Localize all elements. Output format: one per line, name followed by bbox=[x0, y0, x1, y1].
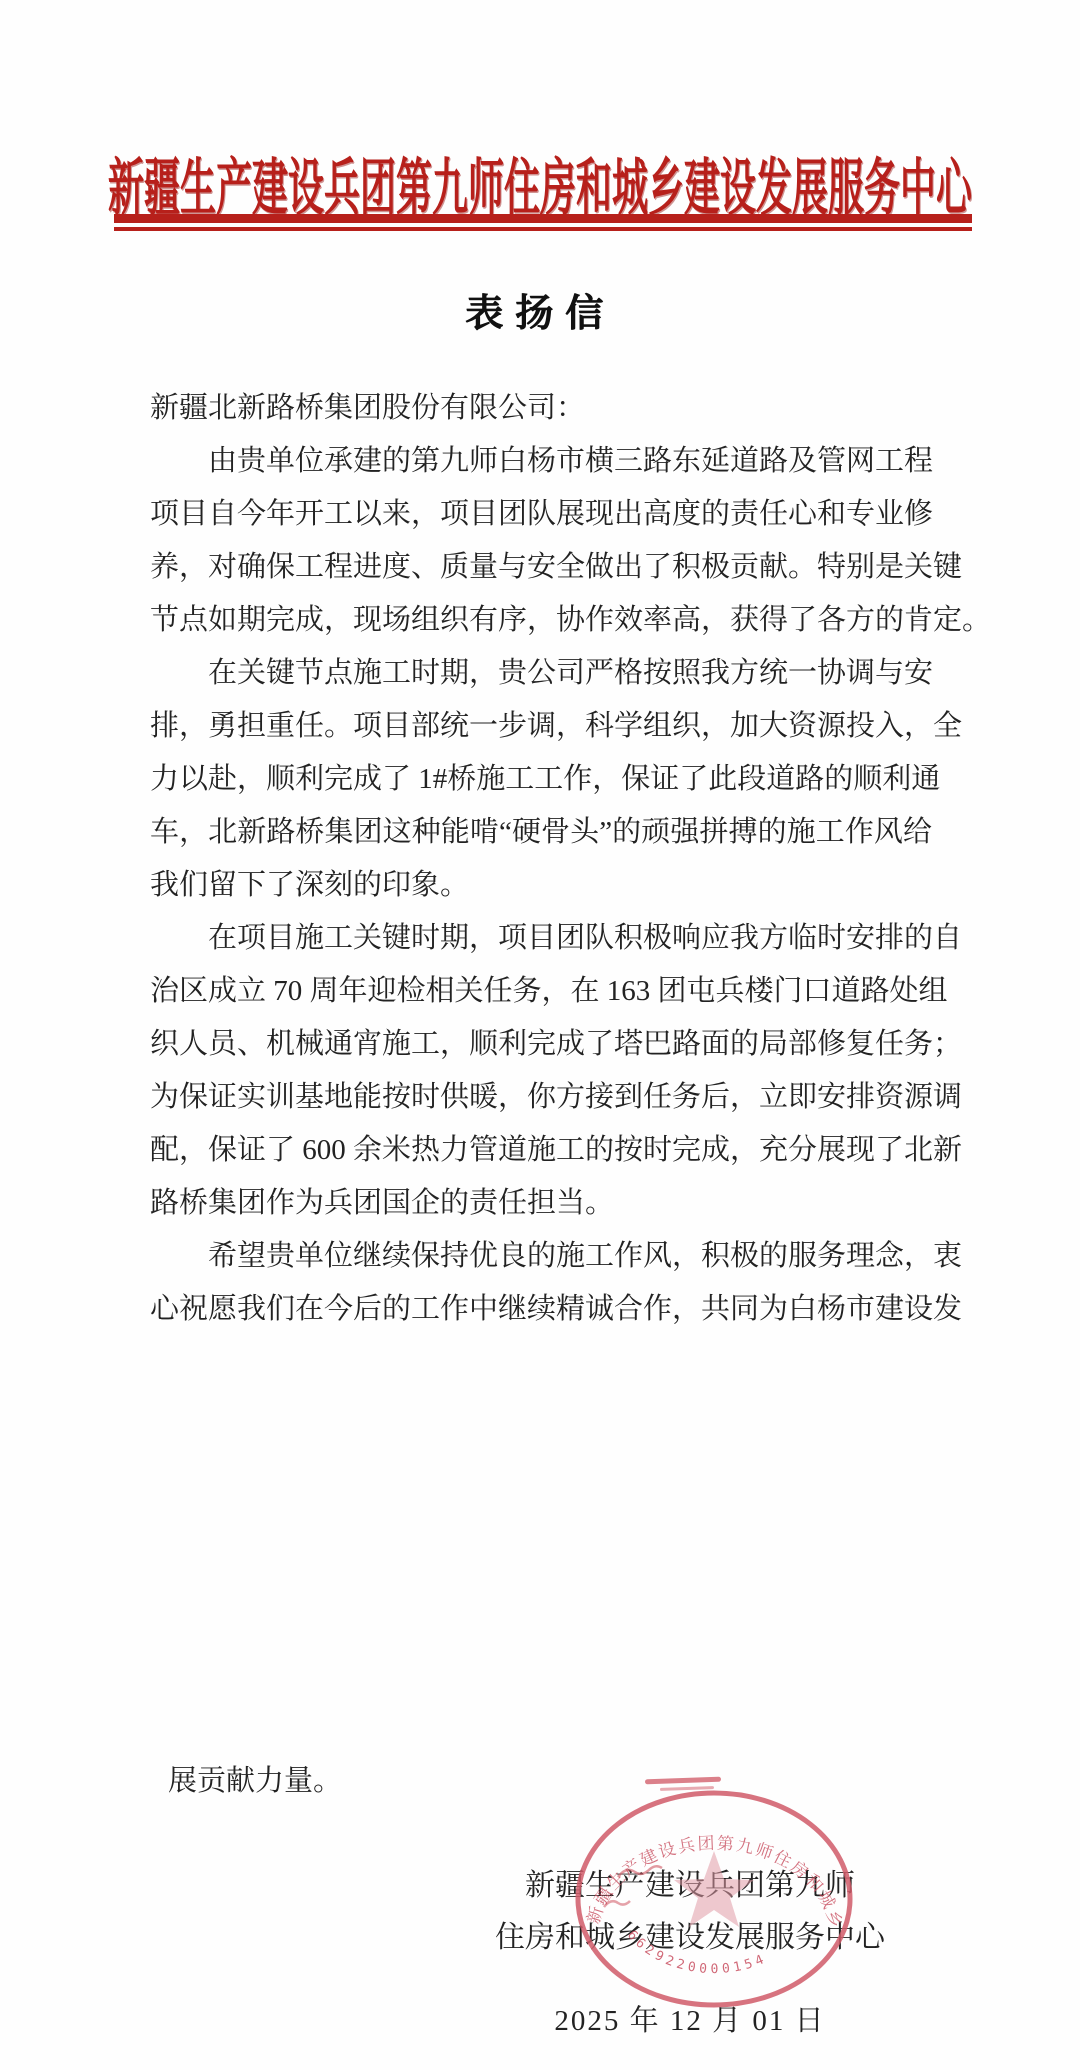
seal-smudge-mark bbox=[660, 1786, 714, 1791]
body-line: 由贵单位承建的第九师白杨市横三路东延道路及管网工程 bbox=[150, 435, 932, 488]
body-line: 织人员、机械通宵施工，顺利完成了塔巴路面的局部修复任务； bbox=[150, 1018, 932, 1071]
signature-org-line2: 住房和城乡建设发展服务中心 bbox=[480, 1912, 900, 1956]
body-line: 排，勇担重任。项目部统一步调，科学组织，加大资源投入，全 bbox=[150, 700, 932, 753]
recipient-line: 新疆北新路桥集团股份有限公司： bbox=[150, 382, 932, 435]
letter-body: 新疆北新路桥集团股份有限公司： 由贵单位承建的第九师白杨市横三路东延道路及管网工… bbox=[150, 382, 932, 1336]
body-line: 力以赴，顺利完成了 1#桥施工工作，保证了此段道路的顺利通 bbox=[150, 753, 932, 806]
body-line: 我们留下了深刻的印象。 bbox=[150, 859, 932, 912]
body-line: 心祝愿我们在今后的工作中继续精诚合作，共同为白杨市建设发 bbox=[150, 1283, 932, 1336]
body-line: 为保证实训基地能按时供暖，你方接到任务后，立即安排资源调 bbox=[150, 1071, 932, 1124]
body-line: 希望贵单位继续保持优良的施工作风，积极的服务理念，衷 bbox=[150, 1230, 932, 1283]
body-line: 治区成立 70 周年迎检相关任务，在 163 团屯兵楼门口道路处组 bbox=[150, 965, 932, 1018]
body-line: 在项目施工关键时期，项目团队积极响应我方临时安排的自 bbox=[150, 912, 932, 965]
closing-line: 展贡献力量。 bbox=[168, 1758, 342, 1799]
body-line: 配，保证了 600 余米热力管道施工的按时完成，充分展现了北新 bbox=[150, 1124, 932, 1177]
seal-smudge-mark bbox=[645, 1777, 721, 1785]
signature-date: 2025 年 12 月 01 日 bbox=[480, 1998, 900, 2039]
body-line: 项目自今年开工以来，项目团队展现出高度的责任心和专业修 bbox=[150, 488, 932, 541]
letterhead-rule-thick bbox=[114, 214, 972, 223]
letterhead-rule-thin bbox=[114, 227, 972, 231]
body-line: 在关键节点施工时期，贵公司严格按照我方统一协调与安 bbox=[150, 647, 932, 700]
svg-text:新疆生产建设兵团第九师住房和城乡建设发展服务中心: 新疆生产建设兵团第九师住房和城乡建设发展服务中心 bbox=[568, 1785, 845, 1931]
body-line: 车，北新路桥集团这种能啃“硬骨头”的顽强拼搏的施工作风给 bbox=[150, 806, 932, 859]
seal-ring-text: 新疆生产建设兵团第九师住房和城乡建设发展服务中心 bbox=[568, 1785, 845, 1931]
signature-org-line1: 新疆生产建设兵团第九师 bbox=[480, 1860, 900, 1904]
document-title: 表扬信 bbox=[0, 282, 1080, 337]
body-line: 养，对确保工程进度、质量与安全做出了积极贡献。特别是关键 bbox=[150, 541, 932, 594]
body-line: 路桥集团作为兵团国企的责任担当。 bbox=[150, 1177, 932, 1230]
body-line: 节点如期完成，现场组织有序，协作效率高，获得了各方的肯定。 bbox=[150, 594, 932, 647]
